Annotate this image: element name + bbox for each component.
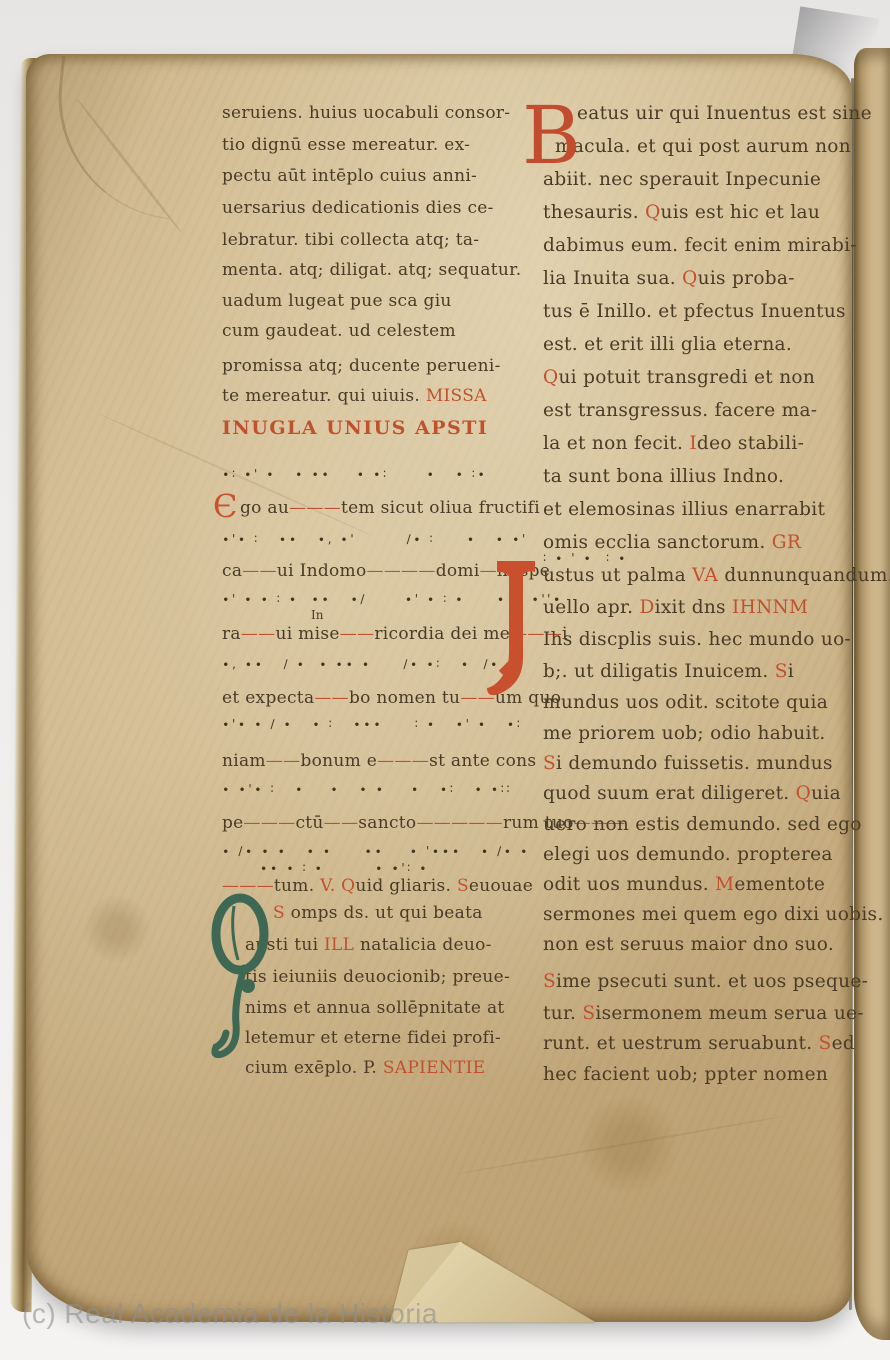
collect-initial-green [204,890,276,1066]
manuscript-text-line: uello apr. Dixit dns IHNNM [543,599,808,618]
manuscript-text-line: me priorem uob; odio habuit. [543,725,826,744]
manuscript-text-line: thesauris. Quis est hic et lau [543,204,820,223]
manuscript-text-line: ta sunt bona illius Indno. [543,468,784,487]
manuscript-text-line: Qui potuit transgredi et non [543,369,815,388]
manuscript-text-line: seruiens. huius uocabuli consor- [222,105,510,122]
manuscript-text-line: macula. et qui post aurum non [555,138,851,157]
manuscript-text-line: cium exēplo. P. SAPIENTIE [245,1060,485,1077]
manuscript-text-line: sermones mei quem ego dixi uobis. [543,906,884,925]
manuscript-text-line: la et non fecit. Ideo stabili- [543,435,804,454]
neume-row: ∙ ∕∙ ∙ ∙ ∙ ∙ ∙∙ ∙ '∙∙∙ ∙ ∕∙ ∙ [222,845,530,857]
manuscript-text-line: mundus uos odit. scitote quia [543,694,828,713]
manuscript-text-line: Ihs discplis suis. hec mundo uo- [543,631,851,650]
manuscript-text-line: nims et annua sollēpnitate at [245,1000,505,1017]
neume-row: ∙'∙ ∶ ∙∙ ∙‚ ∙' ∕∙ ∶ ∙ ∙ ∙' [222,533,528,545]
initial-I-red-flourish [483,556,537,706]
initial-B-red: B [522,96,581,176]
manuscript-text-layer: seruiens. huius uocabuli consor-tio dign… [0,0,890,1360]
manuscript-text-line: tur. Sisermonem meum serua ue- [543,1005,864,1024]
manuscript-text-line: runt. et uestrum seruabunt. Sed [543,1035,855,1054]
manuscript-text-line: et elemosinas illius enarrabit [543,501,825,520]
manuscript-text-line: menta. atq; diligat. atq; sequatur. [222,262,521,279]
manuscript-text-line: odit uos mundus. Mementote [543,876,825,895]
manuscript-text-line: lebratur. tibi collecta atq; ta- [222,232,479,249]
neume-row: ∶ ∙ ' ∙ ∶ ∙ [543,552,628,564]
manuscript-text-line: uero non estis demundo. sed ego [543,816,862,835]
manuscript-text-line: promissa atq; ducente perueni- [222,358,501,375]
manuscript-text-line: est. et erit illi glia eterna. [543,336,792,355]
manuscript-text-line: Sime psecuti sunt. et uos pseque- [543,973,868,992]
neume-row: ∙'∙ ∙ ∕ ∙ ∙ ∶ ∙∙∙ ∶ ∙ ∙' ∙ ∙∶ [222,718,522,730]
interlinear-correction: In [311,608,323,622]
manuscript-text-line: niam——bonum e———st ante cons [222,753,536,770]
manuscript-text-line: Si demundo fuissetis. mundus [543,755,833,774]
manuscript-text-line: pectu aūt intēplo cuius anni- [222,168,477,185]
manuscript-text-line: omis ecclia sanctorum. GR [543,534,801,553]
manuscript-text-line: uadum lugeat pue sca giu [222,293,452,310]
manuscript-text-line: b;. ut diligatis Inuicem. Si [543,663,794,682]
manuscript-text-line: uersarius dedicationis dies ce- [222,200,494,217]
neume-row: ∙ ∙'∙ ∶ ∙ ∙ ∙ ∙ ∙ ∙∶ ∙ ∙∶∶ [222,783,512,795]
neume-row: ∙‚ ∙∙ ∕ ∙ ∙ ∙∙ ∙ ∕∙ ∙∶ ∙ ∕∙ ∙ [222,658,516,670]
manuscript-text-line: lia Inuita sua. Quis proba- [543,270,795,289]
neume-row: ∙∙ ∙ ∶ ∙ ∙ ∙'∶ ∙ [222,862,429,874]
manuscript-text-line: cum gaudeat. ud celestem [222,323,456,340]
manuscript-text-line: apsti tui ILL natalicia deuo- [245,937,492,954]
manuscript-text-line: tis ieiuniis deuocionib; preue- [245,969,510,986]
manuscript-text-line: dabimus eum. fecit enim mirabi- [543,237,857,256]
manuscript-text-line: te mereatur. qui uiuis. MISSA [222,388,487,405]
manuscript-text-line: ustus ut palma VA dunnunquandum. [543,567,890,586]
neume-row: ∙∶ ∙' ∙ ∙ ∙∙ ∙ ∙∶ ∙ ∙ ∶∙ [222,468,487,480]
manuscript-text-line: go au———tem sicut oliua fructifi [240,500,540,517]
watermark: (c) Real Academia de la Historia [22,1298,438,1330]
manuscript-text-line: non est seruus maior dno suo. [543,936,834,955]
manuscript-text-line: est transgressus. facere ma- [543,402,817,421]
manuscript-text-line: hec facient uob; ppter nomen [543,1066,828,1085]
manuscript-text-line: abiit. nec sperauit Inpecunie [543,171,821,190]
manuscript-photo: seruiens. huius uocabuli consor-tio dign… [0,0,890,1360]
manuscript-text-line: S omps ds. ut qui beata [273,905,483,922]
manuscript-text-line: tio dignū esse mereatur. ex- [222,137,470,154]
chant-initial-E-red: Є [213,490,237,522]
manuscript-text-line: INUGLA UNIUS APSTI [222,419,488,438]
manuscript-text-line: quod suum erat diligeret. Quia [543,785,841,804]
manuscript-text-line: elegi uos demundo. propterea [543,846,833,865]
manuscript-text-line: eatus uir qui Inuentus est sine [577,105,872,124]
manuscript-text-line: tus ē Inillo. et pfectus Inuentus [543,303,846,322]
manuscript-text-line: letemur et eterne fidei profi- [245,1030,501,1047]
